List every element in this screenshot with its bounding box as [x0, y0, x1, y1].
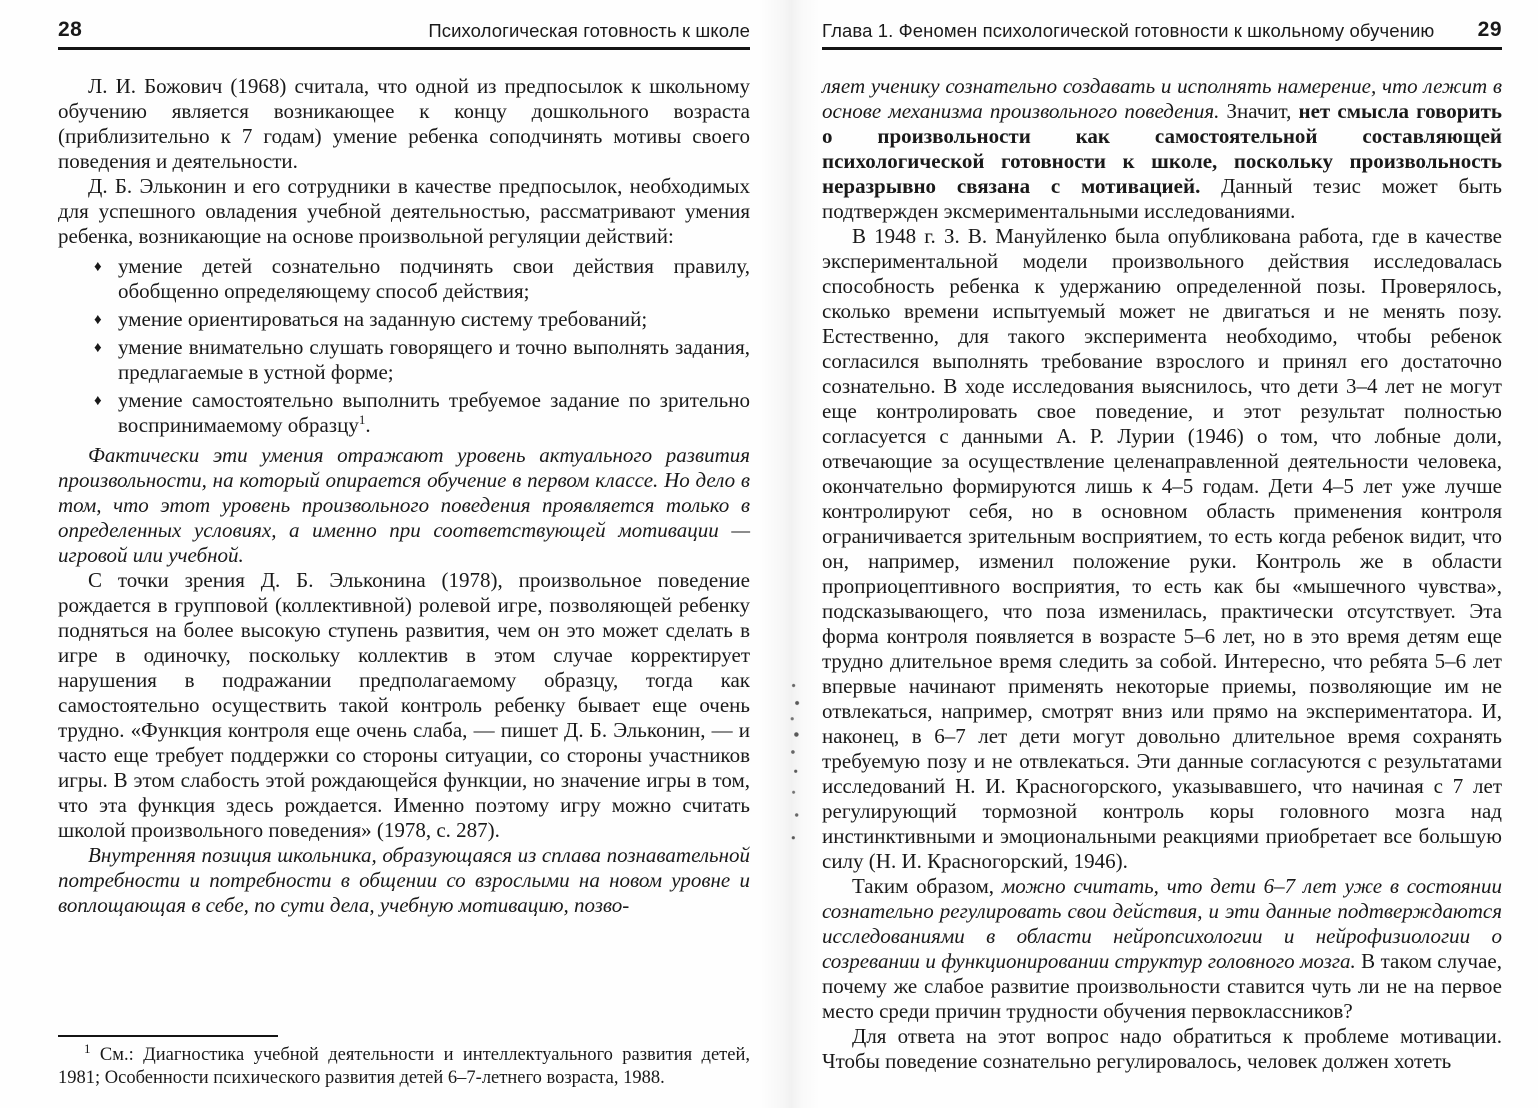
left-page-number: 28: [58, 18, 82, 42]
bullet-diamond-icon: ♦: [94, 308, 102, 333]
bullet-text: умение ориентироваться на заданную систе…: [118, 307, 647, 331]
bullet-diamond-icon: ♦: [94, 255, 102, 280]
footnote-rule: [58, 1035, 278, 1037]
paragraph-continuation: ляет ученику сознательно создавать и исп…: [822, 74, 1502, 224]
book-spread: 28 Психологическая готовность к школе Л.…: [0, 0, 1538, 1108]
paragraph-motivation: Для ответа на этот вопрос надо обратитьс…: [822, 1024, 1502, 1074]
bullet-item: ♦умение ориентироваться на заданную сист…: [58, 307, 750, 332]
bullet-diamond-icon: ♦: [94, 389, 102, 414]
bullet-item: ♦умение самостоятельно выполнить требуем…: [58, 388, 750, 438]
bullet-item: ♦умение внимательно слушать говорящего и…: [58, 335, 750, 385]
paragraph-elkonin-game: С точки зрения Д. Б. Эльконина (1978), п…: [58, 568, 750, 843]
bullet-item: ♦умение детей сознательно подчинять свои…: [58, 254, 750, 304]
bullet-text: умение самостоятельно выполнить требуемо…: [118, 388, 750, 437]
bullet-text: умение детей сознательно подчинять свои …: [118, 254, 750, 303]
right-running-title: Глава 1. Феномен психологической готовно…: [822, 20, 1434, 42]
paragraph-factually-italic: Фактически эти умения отражают уровень а…: [58, 443, 750, 568]
scan-speckles: [788, 675, 802, 850]
left-page-header: 28 Психологическая готовность к школе: [58, 18, 750, 50]
left-body-text: Л. И. Божович (1968) считала, что одной …: [58, 74, 750, 918]
paragraph-elkonin-intro: Д. Б. Эльконин и его сотрудники в качест…: [58, 174, 750, 249]
right-body-text: ляет ученику сознательно создавать и исп…: [822, 74, 1502, 1074]
run-normal: Значит,: [1219, 99, 1298, 123]
left-running-title: Психологическая готовность к школе: [428, 20, 750, 42]
bullet-diamond-icon: ♦: [94, 336, 102, 361]
footnote-body: См.: Диагностика учебной деятельности и …: [58, 1045, 750, 1088]
footnote: 1 См.: Диагностика учебной деятельности …: [58, 1035, 750, 1090]
right-page-header: Глава 1. Феномен психологической готовно…: [822, 18, 1502, 50]
bullet-text-tail: .: [365, 413, 370, 437]
left-page: 28 Психологическая готовность к школе Л.…: [58, 18, 750, 1090]
bullet-text: умение внимательно слушать говорящего и …: [118, 335, 750, 384]
right-page-number: 29: [1478, 18, 1502, 42]
paragraph-manuylenko: В 1948 г. З. В. Мануйленко была опублико…: [822, 224, 1502, 874]
footnote-text: 1 См.: Диагностика учебной деятельности …: [58, 1044, 750, 1090]
skills-bullet-list: ♦умение детей сознательно подчинять свои…: [58, 254, 750, 438]
paragraph-conclusion: Таким образом, можно считать, что дети 6…: [822, 874, 1502, 1024]
paragraph-bozhovich: Л. И. Божович (1968) считала, что одной …: [58, 74, 750, 174]
run-normal: Таким образом,: [852, 874, 1002, 898]
paragraph-inner-position-italic: Внутренняя позиция школьника, образующая…: [58, 843, 750, 918]
right-page: Глава 1. Феномен психологической готовно…: [822, 18, 1502, 1090]
gutter-shadow: [760, 0, 820, 1108]
